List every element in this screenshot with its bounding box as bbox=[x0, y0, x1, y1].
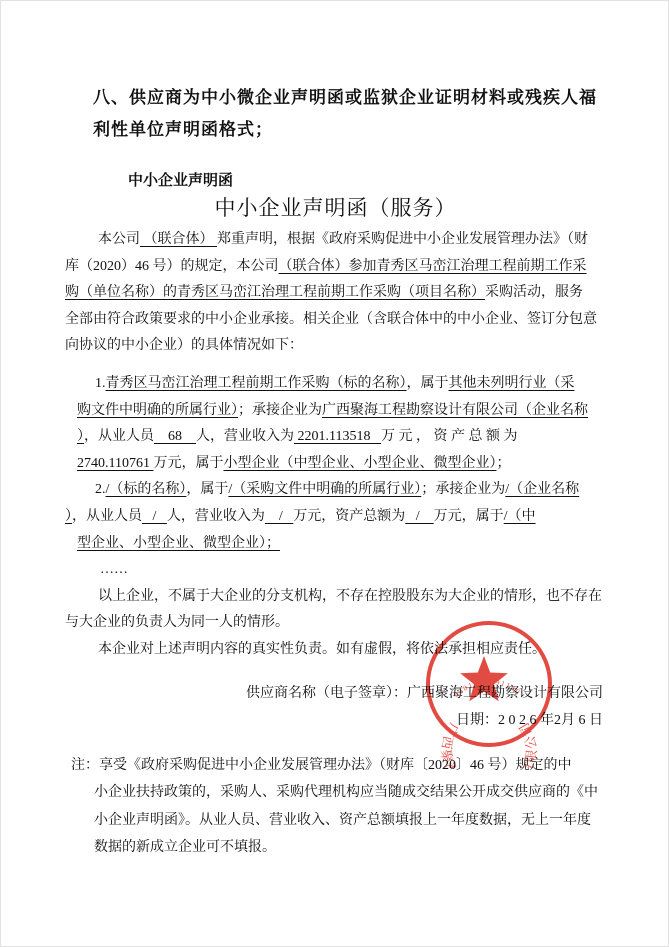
paragraph-item-2: 2./（标的名称），属于/（采购文件中明确的所属行业）；承接企业为/（企业名称）… bbox=[65, 477, 605, 557]
paragraph-intro: 本公司 （联合体） 郑重声明，根据《政府采购促进中小企业发展管理办法》（财库（2… bbox=[65, 227, 605, 360]
text-line: ），从业人员 68 人，营业收入为 2201.113518 万 元 ， 资 产 … bbox=[65, 424, 605, 451]
date-line: 日期：2 0 2 6 年2月 6 日 bbox=[65, 707, 603, 734]
note-block: 注：享受《政府采购促进中小企业发展管理办法》（财库〔2020〕46 号）规定的中… bbox=[71, 752, 607, 861]
text-line: 以上企业，不属于大企业的分支机构，不存在控股股东为大企业的情形，也不存在 bbox=[65, 584, 605, 611]
paragraph-closing-1: 以上企业，不属于大企业的分支机构，不存在控股股东为大企业的情形，也不存在与大企业… bbox=[65, 584, 605, 637]
text-line: 本公司 （联合体） 郑重声明，根据《政府采购促进中小企业发展管理办法》（财 bbox=[65, 227, 605, 254]
paragraph-ellipsis: …… bbox=[65, 557, 605, 584]
text-line: 2740.110761 万元，属于小型企业（中型企业、小型企业、微型企业）； bbox=[65, 451, 605, 478]
text-line: 全部由符合政策要求的中小企业承接。相关企业（含联合体中的中小企业、签订分包意 bbox=[65, 307, 605, 334]
text-line: 2./（标的名称），属于/（采购文件中明确的所属行业）；承接企业为/（企业名称 bbox=[65, 477, 605, 504]
document-page: 八、供应商为中小微企业声明函或监狱企业证明材料或残疾人福 利性单位声明函格式； … bbox=[0, 0, 669, 947]
supplier-signature-line: 供应商名称（电子签章）：广西聚海工程勘察设计有限公司 bbox=[65, 680, 603, 707]
document-title: 中小企业声明函（服务） bbox=[1, 192, 669, 224]
note-line: 注：享受《政府采购促进中小企业发展管理办法》（财库〔2020〕46 号）规定的中 bbox=[71, 752, 607, 779]
declaration-body: 本公司 （联合体） 郑重声明，根据《政府采购促进中小企业发展管理办法》（财库（2… bbox=[65, 227, 605, 664]
text-line: 向协议的中小企业）的具体情况如下： bbox=[65, 333, 605, 360]
paragraph-item-1: 1.青秀区马峦江治理工程前期工作采购（标的名称），属于其他未列明行业（采购文件中… bbox=[65, 371, 605, 477]
subheading: 中小企业声明函 bbox=[128, 168, 233, 194]
supplier-label: 供应商名称（电子签章）： bbox=[246, 686, 407, 701]
supplier-name: 广西聚海工程勘察设计有限公司 bbox=[407, 686, 603, 701]
text-line: 与大企业的负责人为同一人的情形。 bbox=[65, 610, 605, 637]
text-line: …… bbox=[65, 557, 605, 584]
section-heading: 八、供应商为中小微企业声明函或监狱企业证明材料或残疾人福 利性单位声明函格式； bbox=[93, 82, 617, 146]
heading-line: 八、供应商为中小微企业声明函或监狱企业证明材料或残疾人福 bbox=[93, 82, 617, 114]
text-line: 购文件中明确的所属行业）；承接企业为广西聚海工程勘察设计有限公司（企业名称 bbox=[65, 398, 605, 425]
text-line: 1.青秀区马峦江治理工程前期工作采购（标的名称），属于其他未列明行业（采 bbox=[65, 371, 605, 398]
signature-block: 供应商名称（电子签章）：广西聚海工程勘察设计有限公司 日期：2 0 2 6 年2… bbox=[65, 680, 603, 734]
note-line: 小企业声明函》。从业人员、营业收入、资产总额填报上一年度数据，无上一年度 bbox=[71, 807, 607, 834]
text-line: 购（单位名称）的青秀区马峦江治理工程前期工作采购（项目名称）采购活动，服务 bbox=[65, 280, 605, 307]
text-line: ），从业人员 / 人，营业收入为 / 万元，资产总额为 / 万元，属于/（中 bbox=[65, 504, 605, 531]
text-line: 型企业、小型企业、微型企业）； bbox=[65, 531, 605, 558]
text-line: 本企业对上述声明内容的真实性负责。如有虚假，将依法承担相应责任。 bbox=[65, 637, 605, 664]
text-line: 库（2020）46 号）的规定，本公司（联合体）参加青秀区马峦江治理工程前期工作… bbox=[65, 254, 605, 281]
note-line: 数据的新成立企业可不填报。 bbox=[71, 834, 607, 861]
heading-line: 利性单位声明函格式； bbox=[93, 114, 617, 146]
paragraph-closing-2: 本企业对上述声明内容的真实性负责。如有虚假，将依法承担相应责任。 bbox=[65, 637, 605, 664]
note-line: 小企业扶持政策的，采购人、采购代理机构应当随成交结果公开成交供应商的《中 bbox=[71, 779, 607, 806]
